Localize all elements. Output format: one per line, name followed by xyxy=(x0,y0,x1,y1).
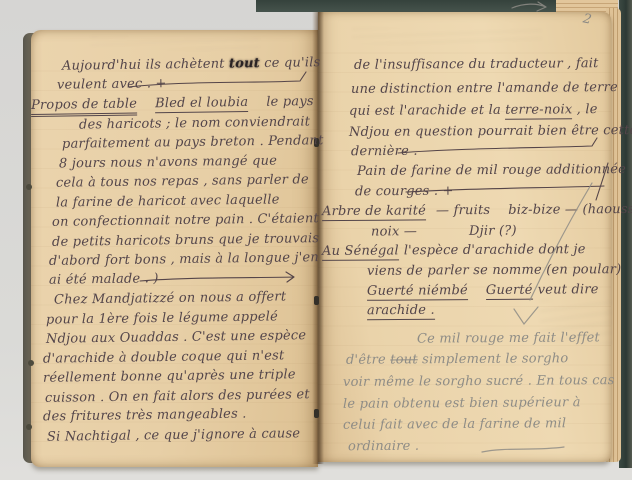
line-text: de courges . + xyxy=(355,184,454,200)
manuscript-line: de l'insuffisance du traducteur , fait xyxy=(354,56,599,73)
manuscript-line-pencil: voir même le sorgho sucré . En tous cas xyxy=(343,373,615,390)
spine-stitch xyxy=(26,184,32,190)
manuscript-line-pencil: le pain obtenu est bien supérieur à xyxy=(343,395,581,412)
spine-stitch xyxy=(28,360,34,366)
manuscript-line: de courges . + xyxy=(355,184,454,200)
line-text: d'être xyxy=(346,352,390,367)
line-text: de l'insuffisance du traducteur , fait xyxy=(354,56,599,73)
line-text: ordinaire . xyxy=(348,439,419,454)
line-text: 8 jours nous n'avons mangé que xyxy=(59,153,277,171)
manuscript-line-pencil: d'être tout simplement le sorgho xyxy=(346,351,568,368)
line-text: simplement le sorgho xyxy=(418,351,569,367)
notebook-cover-top-edge xyxy=(256,0,564,12)
manuscript-line: arachide . xyxy=(367,303,435,318)
line-text: des fritures très mangeables . xyxy=(43,407,247,425)
line-text: le pain obtenu est bien supérieur à xyxy=(343,395,581,412)
term-guerte: Guerté xyxy=(486,283,533,300)
manuscript-line: Au Sénégall'espèce d'arachide dont je xyxy=(322,242,586,259)
line-text: ce qu'ils xyxy=(260,55,321,71)
term-au-senegal: Au Sénégal xyxy=(322,243,399,261)
line-text: , le xyxy=(572,102,597,117)
term-djir: Djir (?) xyxy=(469,223,517,238)
manuscript-line: veulent avec . + xyxy=(57,76,167,93)
line-text: celui fait avec de la farine de mil xyxy=(343,416,566,433)
line-text: voir même le sorgho sucré . En tous cas xyxy=(343,373,615,390)
struck-word: tout xyxy=(390,352,418,367)
line-text: ai été malade . ) xyxy=(49,271,159,288)
line-text: Pain de farine de mil rouge additionnée xyxy=(357,162,626,179)
term-arachide: arachide . xyxy=(367,303,435,320)
line-text: Ndjou en question pourrait bien être cet… xyxy=(349,123,632,140)
manuscript-line: des fritures très mangeables . xyxy=(43,407,247,425)
manuscript-line-pencil: Ce mil rouge me fait l'effet xyxy=(417,330,600,346)
line-text: — fruits xyxy=(436,203,490,218)
manuscript-line: qui est l'arachide et la terre-noix , le xyxy=(349,102,598,119)
line-text: noix — xyxy=(371,224,417,239)
term-bled-el-loubia: Bled el loubia xyxy=(155,95,248,113)
spine-stitch xyxy=(26,424,32,430)
manuscript-line: une distinction entre l'amande de terre xyxy=(351,80,618,97)
line-text: l'espèce d'arachide dont je xyxy=(404,242,586,258)
ink-blot-word: tout xyxy=(229,56,260,71)
line-text: veut dire xyxy=(538,282,599,297)
line-text: le pays xyxy=(266,94,314,110)
binding-stitch xyxy=(314,409,319,418)
line-text: viens de parler se nomme (en poular) xyxy=(367,262,621,279)
manuscript-line-pencil: ordinaire . xyxy=(348,439,419,454)
manuscript-line: Ndjou en question pourrait bien être cet… xyxy=(349,123,632,140)
manuscript-line: Pain de farine de mil rouge additionnée xyxy=(357,162,626,179)
line-text: dernière . xyxy=(351,144,418,159)
line-text: Ce mil rouge me fait l'effet xyxy=(417,330,600,346)
manuscript-line: Arbre de karité— fruitsbiz-bize — (haous… xyxy=(322,202,632,219)
manuscript-line-pencil: celui fait avec de la farine de mil xyxy=(343,416,566,433)
manuscript-line: dernière . xyxy=(351,144,418,159)
manuscript-line: la farine de haricot avec laquelle xyxy=(56,192,280,210)
term-arbre-de-karite: Arbre de karité xyxy=(322,203,426,221)
line-text: biz-bize — (haoussa) xyxy=(508,202,632,218)
section-heading-propos-de-table: Propos de table xyxy=(31,96,137,116)
binding-stitch xyxy=(314,296,319,305)
line-text: Aujourd'hui ils achètent xyxy=(62,56,229,73)
manuscript-line: Guerté niémbéGuertéveut dire xyxy=(367,282,599,299)
line-text: la farine de haricot avec laquelle xyxy=(56,192,280,210)
manuscript-line: 8 jours nous n'avons mangé que xyxy=(59,153,277,171)
manuscript-line: noix —Djir (?) xyxy=(371,223,517,239)
notebook-scan: { "page_number": "2", "colors": { "paper… xyxy=(0,0,632,480)
line-text: veulent avec . + xyxy=(57,76,167,93)
line-text: une distinction entre l'amande de terre xyxy=(351,80,618,97)
term-guerte-niembe: Guerté niémbé xyxy=(367,283,468,301)
manuscript-line: ai été malade . ) xyxy=(49,271,159,288)
line-text: qui est l'arachide et la xyxy=(349,103,505,119)
manuscript-line: viens de parler se nomme (en poular) xyxy=(367,262,621,279)
term-terre-noix: terre-noix xyxy=(505,102,572,119)
